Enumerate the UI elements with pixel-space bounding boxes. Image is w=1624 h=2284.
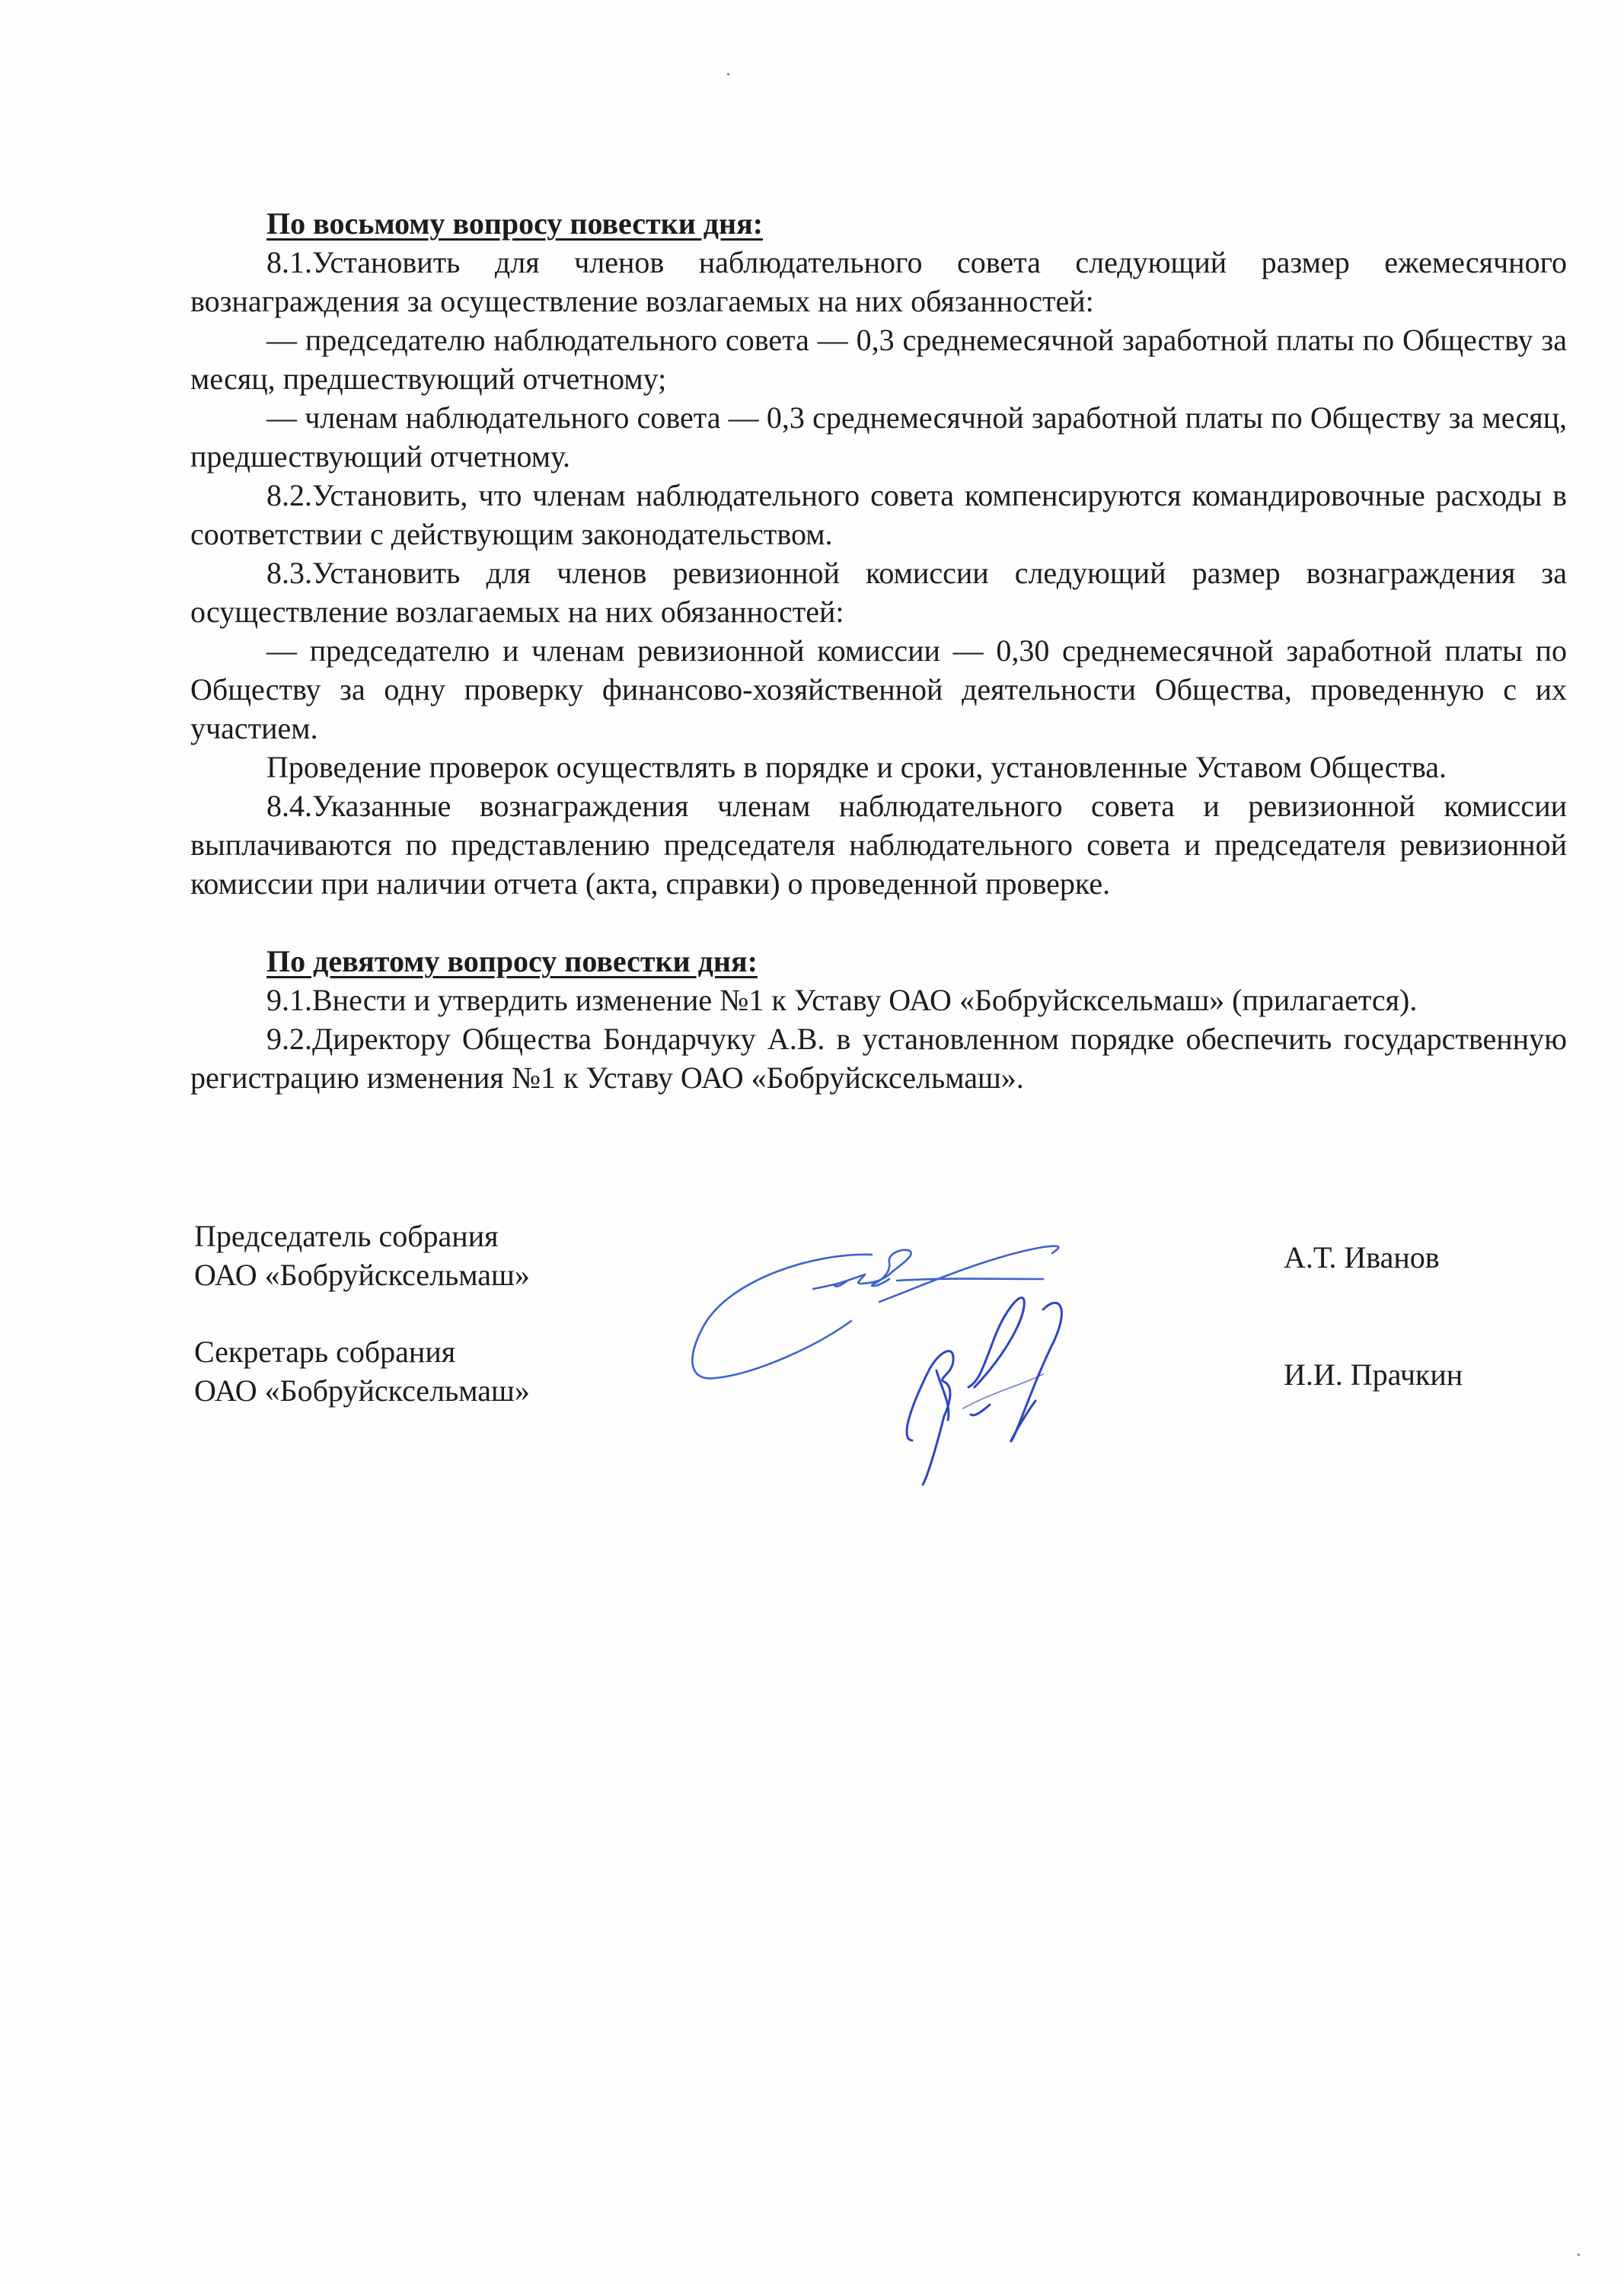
handwritten-signatures bbox=[685, 1218, 1233, 1507]
chairman-title-line1: Председатель собрания bbox=[194, 1217, 530, 1255]
paragraph-8-1-members: — членам наблюдательного совета — 0,3 ср… bbox=[190, 398, 1567, 476]
secretary-signature-icon bbox=[907, 1298, 1061, 1485]
paragraph-9-2: 9.2.Директору Общества Бондарчуку А.В. в… bbox=[190, 1019, 1567, 1097]
secretary-title-block: Секретарь собрания ОАО «Бобруйсксельмаш» bbox=[194, 1332, 530, 1410]
chairman-title-block: Председатель собрания ОАО «Бобруйсксельм… bbox=[194, 1217, 530, 1294]
paragraph-8-4: 8.4.Указанные вознаграждения членам набл… bbox=[190, 786, 1567, 903]
document-body: По восьмому вопросу повестки дня: 8.1.Ус… bbox=[190, 204, 1567, 1097]
section-9-heading: По девятому вопросу повестки дня: bbox=[190, 942, 1567, 981]
paragraph-8-1-chairman: — председателю наблюдательного совета — … bbox=[190, 321, 1567, 398]
paragraph-8-3-audit: — председателю и членам ревизионной коми… bbox=[190, 631, 1567, 748]
paragraph-8-2: 8.2.Установить, что членам наблюдательно… bbox=[190, 476, 1567, 553]
secretary-name: И.И. Прачкин bbox=[1284, 1355, 1463, 1394]
scan-speck bbox=[727, 73, 729, 75]
section-spacer bbox=[190, 903, 1567, 942]
chairman-name: А.Т. Иванов bbox=[1284, 1238, 1440, 1277]
secretary-title-line2: ОАО «Бобруйсксельмаш» bbox=[194, 1371, 530, 1410]
paragraph-8-1: 8.1.Установить для членов наблюдательног… bbox=[190, 243, 1567, 321]
section-8-heading: По восьмому вопросу повестки дня: bbox=[190, 204, 1567, 243]
secretary-title-line1: Секретарь собрания bbox=[194, 1332, 530, 1371]
chairman-signature-icon bbox=[692, 1246, 1058, 1379]
paragraph-8-3-inspections: Проведение проверок осуществлять в поряд… bbox=[190, 748, 1567, 786]
paragraph-8-3: 8.3.Установить для членов ревизионной ко… bbox=[190, 553, 1567, 631]
paragraph-9-1: 9.1.Внести и утвердить изменение №1 к Ус… bbox=[190, 981, 1567, 1019]
scan-speck bbox=[1578, 2254, 1580, 2256]
document-page: По восьмому вопросу повестки дня: 8.1.Ус… bbox=[0, 0, 1624, 2284]
chairman-title-line2: ОАО «Бобруйсксельмаш» bbox=[194, 1255, 530, 1294]
